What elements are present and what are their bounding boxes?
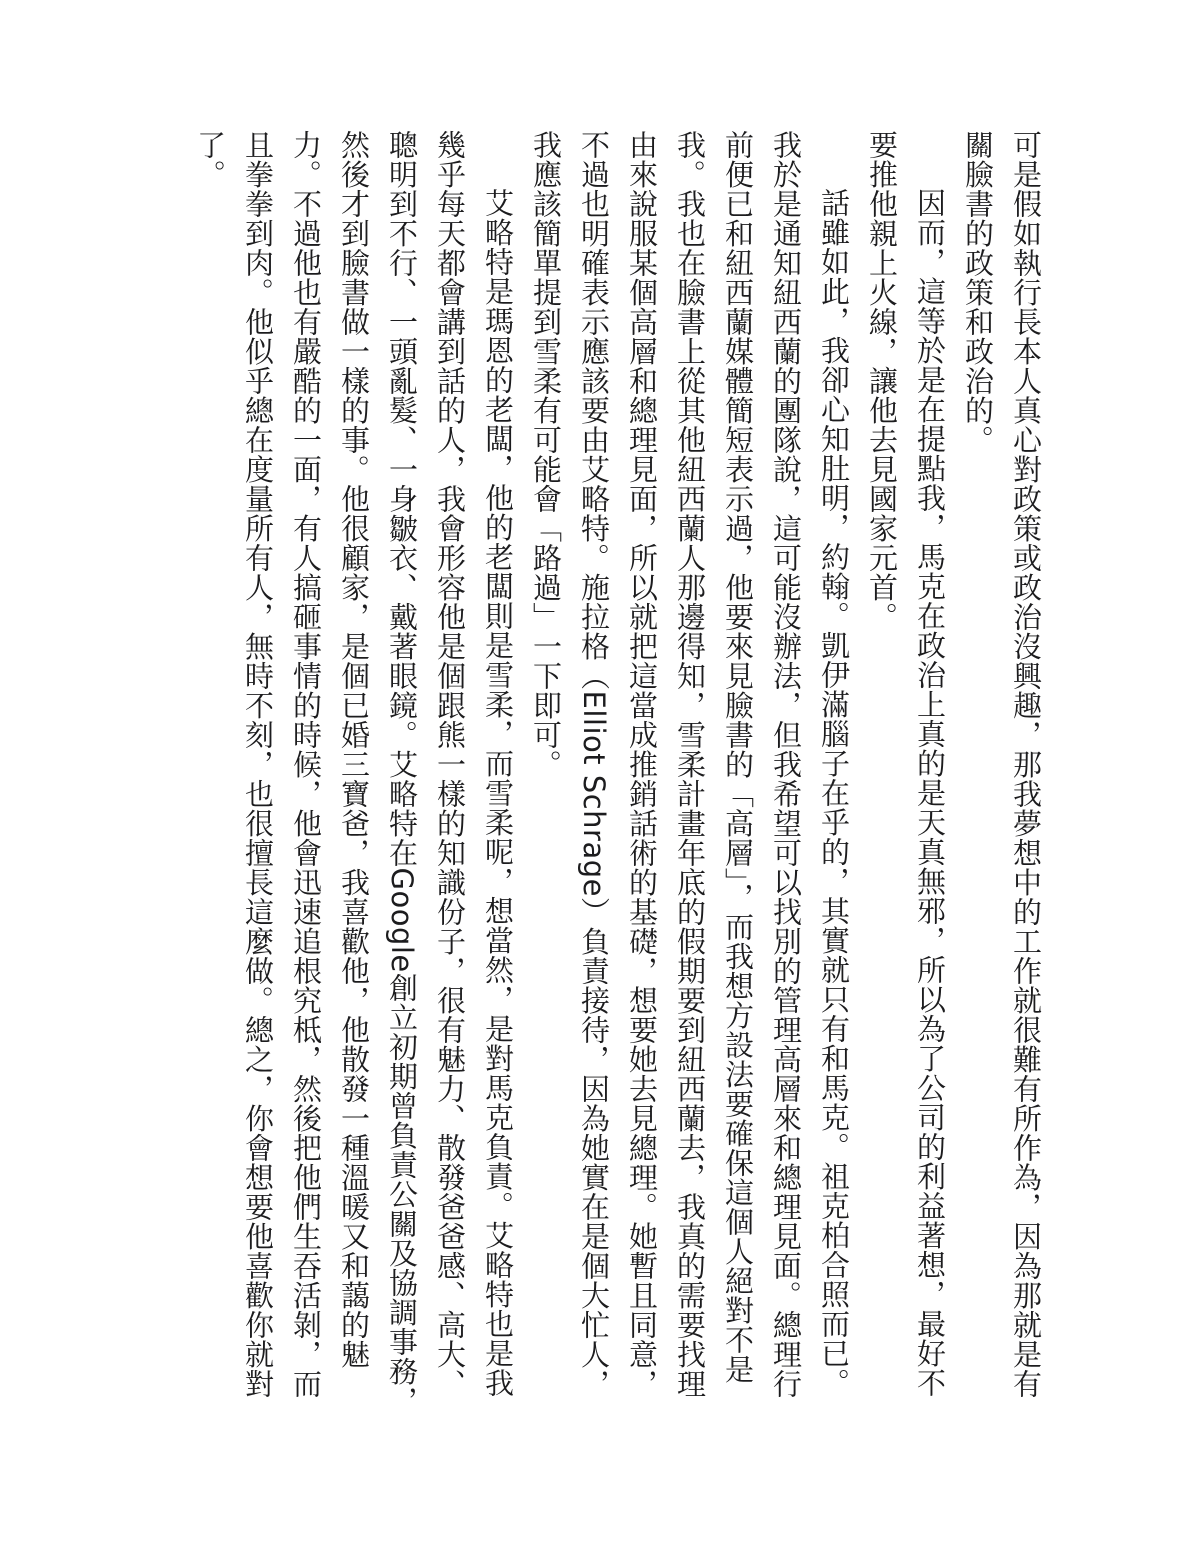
vertical-text-block: 可是假如執行長本人真心對政策或政治沒興趣，那我夢想中的工作就很難有所作為，因為那…: [186, 130, 1050, 1422]
paragraph: 可是假如執行長本人真心對政策或政治沒興趣，那我夢想中的工作就很難有所作為，因為那…: [954, 130, 1050, 1422]
paragraph: 艾略特是瑪恩的老闆，他的老闆則是雪柔，而雪柔呢，想當然，是對馬克負責。艾略特也是…: [186, 130, 522, 1422]
book-page: 可是假如執行長本人真心對政策或政治沒興趣，那我夢想中的工作就很難有所作為，因為那…: [0, 0, 1200, 1553]
paragraph: 話雖如此，我卻心知肚明，約翰。凱伊滿腦子在乎的，其實就只有和馬克。祖克柏合照而已…: [522, 130, 858, 1422]
paragraph: 因而，這等於是在提點我，馬克在政治上真的是天真無邪，所以為了公司的利益著想，最好…: [858, 130, 954, 1422]
